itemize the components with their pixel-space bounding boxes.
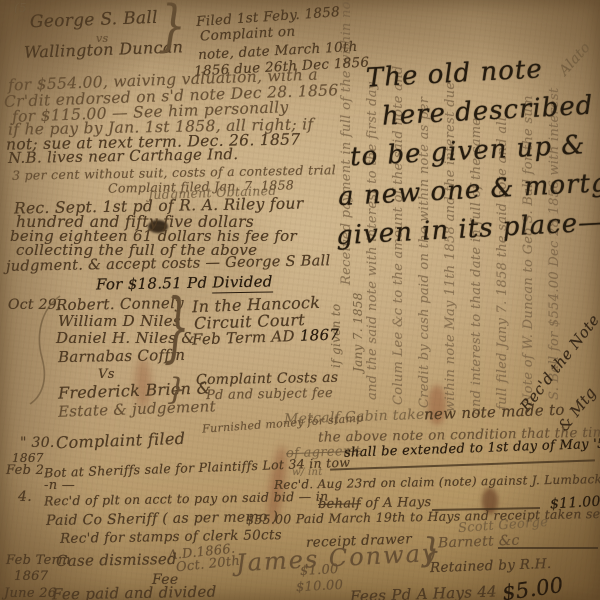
entry-text-cont: -n —	[44, 479, 75, 493]
court-term-year: 1867	[300, 325, 340, 344]
plaintiff-name: George S. Ball	[30, 10, 158, 32]
estate-line: Estate & judgement	[58, 399, 216, 420]
entry-text: Paid Co Sheriff ( as per memo )	[46, 510, 278, 529]
party-name: William D Niles	[58, 314, 181, 330]
entry-text: Fee paid and divided	[52, 585, 217, 600]
filing-note-line: Complaint on	[200, 25, 296, 44]
memo-note-overlay: The old note here described to be given …	[325, 47, 600, 257]
drawn-line	[498, 547, 598, 549]
ghost-vertical-note: if given to	[330, 278, 343, 368]
memo-newnote: new note made to	[424, 403, 565, 424]
entry-text: Complaint filed	[56, 431, 186, 452]
amount-value: $10.00	[296, 579, 344, 595]
entry-date: 4.	[18, 490, 32, 505]
ledger-page: Received payment in full of the within n…	[0, 0, 600, 600]
complaint-line: Pd and subject fee	[206, 387, 333, 403]
judgment-line: judgment. & accept costs — George S Ball	[6, 254, 331, 275]
case-brace: }	[158, 0, 186, 56]
entry-text: Case dismissed	[56, 552, 177, 570]
entry-date: " 30.	[20, 436, 55, 451]
entry-year: 1867	[14, 570, 48, 584]
drawn-underline	[330, 459, 595, 470]
court-term-pre: Feb Term AD	[192, 327, 301, 349]
entry-date: Feb 2.	[6, 464, 49, 478]
ghost-vertical-date: Jany 7. 1858	[352, 277, 365, 372]
entry-text: Rec'd of plt on acct to pay on said bid …	[44, 490, 329, 508]
amount-value: $1.00	[300, 563, 339, 579]
retained-note: Retained by R.H.	[430, 557, 552, 575]
court-term-line: Feb Term AD 1867	[192, 327, 340, 348]
amount-value: $5.00	[501, 574, 565, 600]
divided-heading-underlined: Divided	[212, 272, 273, 293]
divided-heading-pre: For $18.51 Pd	[96, 274, 213, 294]
page-number: (5	[14, 2, 27, 15]
entry-date: June 26	[4, 587, 56, 600]
case-brace: }	[164, 288, 190, 368]
entry-text: Rec'd for stamps of clerk 50cts	[60, 528, 282, 546]
fees-paid-line: Fees Pd A Hays 44	[350, 584, 497, 600]
vs-label: Vs	[98, 368, 115, 382]
